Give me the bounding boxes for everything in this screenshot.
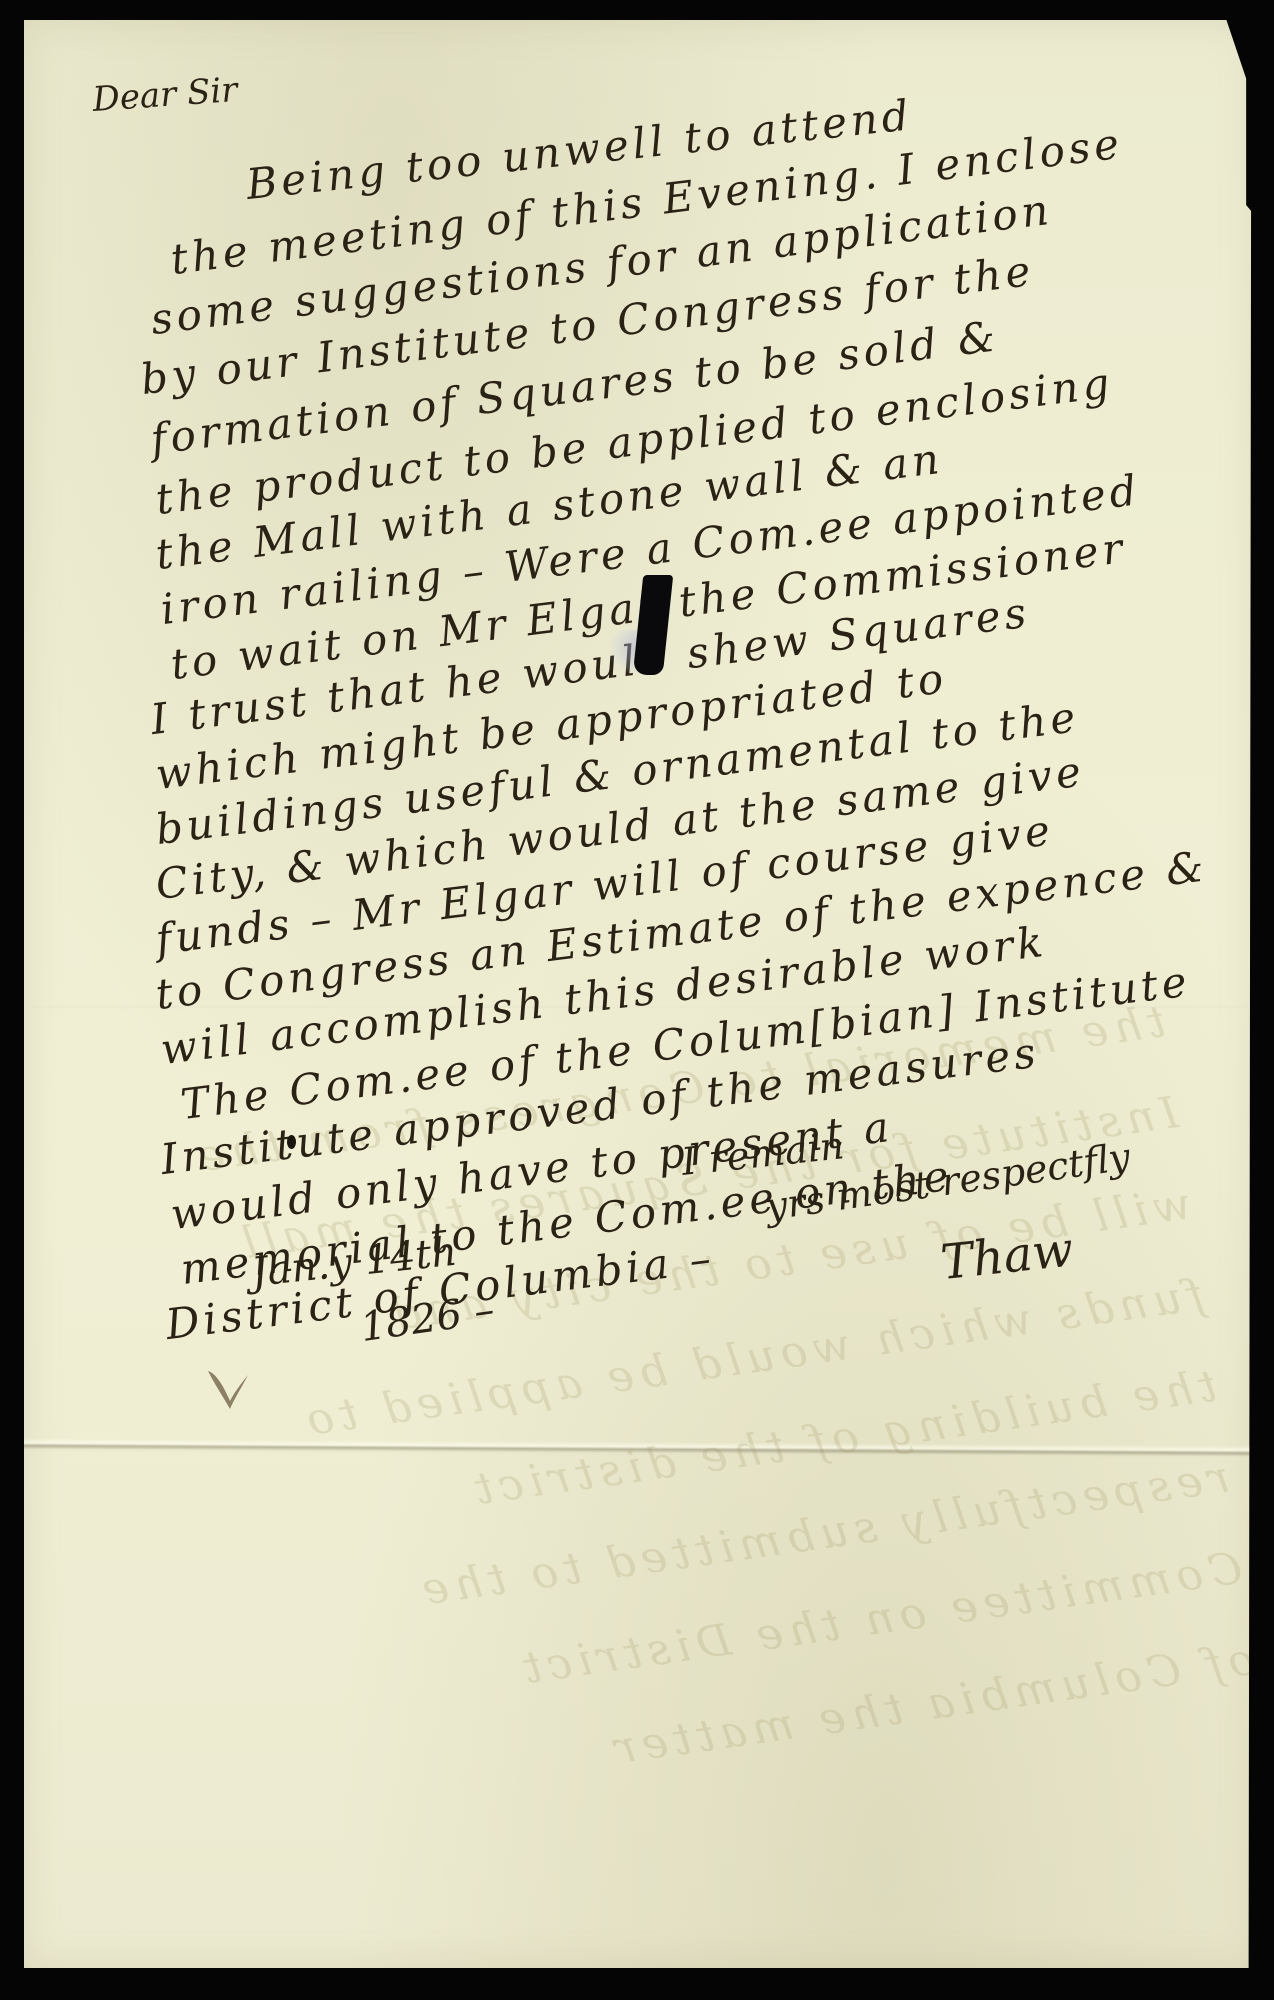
salutation: Dear Sir [91,70,239,120]
ink-dot [287,1135,296,1149]
ink-stain-mark [204,1365,264,1415]
signature: Thaw [938,1221,1076,1291]
letter-paper: the memorial to Congress from the Instit… [24,20,1256,1968]
paper-fold [24,1438,1256,1460]
